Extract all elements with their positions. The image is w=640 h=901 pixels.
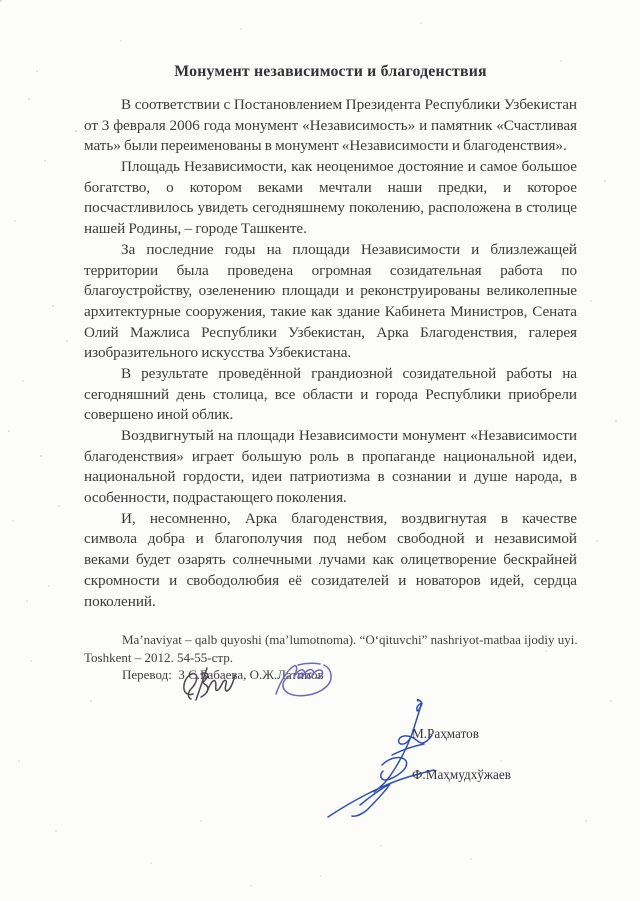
text-line: благоустройству, озеленению площади и ре… [84, 281, 577, 302]
text-line: благоденствия» играет большую роль в про… [84, 447, 577, 468]
citation-block: Ma’naviyat – qalb quyoshi (ma’lumotnoma)… [84, 631, 577, 684]
text-line: мать» были переименованы в монумент «Нез… [84, 136, 577, 157]
paragraph: За последние годы на площади Независимос… [84, 240, 577, 364]
text-line: Воздвигнутый на площади Независимости мо… [84, 426, 577, 447]
text-line: Олий Мажлиса Республики Узбекистан, Арка… [84, 323, 577, 344]
text-line: особенности, подрастающего поколения. [84, 488, 577, 509]
text-line: национальной гордости, идеи патриотизма … [84, 467, 577, 488]
text-line: поколений. [84, 592, 577, 613]
scanned-document-page: Монумент независимости и благоденствия В… [0, 0, 640, 901]
paragraph: Воздвигнутый на площади Независимости мо… [84, 426, 577, 509]
text-line: За последние годы на площади Независимос… [84, 240, 577, 261]
text-line: И, несомненно, Арка благоденствия, воздв… [84, 509, 577, 530]
scan-noise-speckles [0, 0, 2, 2]
citation-translators-line: Перевод: З.С.Бабаева, О.Ж.Латипов [84, 666, 577, 684]
document-title: Монумент независимости и благоденствия [84, 61, 577, 83]
text-line: В соответствии с Постановлением Президен… [84, 95, 577, 116]
text-line: богатство, о котором веками мечтали наши… [84, 178, 577, 199]
text-line: территории была проведена огромная созид… [84, 261, 577, 282]
text-line: сегодняшний день столица, все области и … [84, 385, 577, 406]
signatory-name-2: Ф.Маҳмудхўжаев [412, 767, 511, 782]
text-line: символа добра и благополучия под небом с… [84, 529, 577, 550]
paragraph: Площадь Независимости, как неоценимое до… [84, 157, 577, 240]
citation-publisher-line: Toshkent – 2012. 54-55-стр. [84, 649, 577, 667]
text-line: скромности и свободолюбия её созидателей… [84, 571, 577, 592]
paragraph: И, несомненно, Арка благоденствия, воздв… [84, 509, 577, 612]
text-line: совершено иной облик. [84, 405, 577, 426]
text-line: посчастливилось увидеть сегодняшнему пок… [84, 198, 577, 219]
paragraph: В результате проведённой грандиозной соз… [84, 364, 577, 426]
paragraph: В соответствии с Постановлением Президен… [84, 95, 577, 157]
text-line: веками будет озарять солнечными лучами к… [84, 550, 577, 571]
text-line: от 3 февраля 2006 года монумент «Независ… [84, 116, 577, 137]
text-line: В результате проведённой грандиозной соз… [84, 364, 577, 385]
text-line: Площадь Независимости, как неоценимое до… [84, 157, 577, 178]
document-content: Монумент независимости и благоденствия В… [84, 61, 577, 684]
signatory-name-1: М.Раҳматов [412, 726, 479, 741]
text-line: нашей Родины, – городе Ташкенте. [84, 219, 577, 240]
text-line: изобразительного искусства Узбекистана. [84, 343, 577, 364]
citation-source-line: Ma’naviyat – qalb quyoshi (ma’lumotnoma)… [84, 631, 577, 649]
body-paragraphs: В соответствии с Постановлением Президен… [84, 95, 577, 612]
text-line: архитектурные сооружения, такие как здан… [84, 302, 577, 323]
